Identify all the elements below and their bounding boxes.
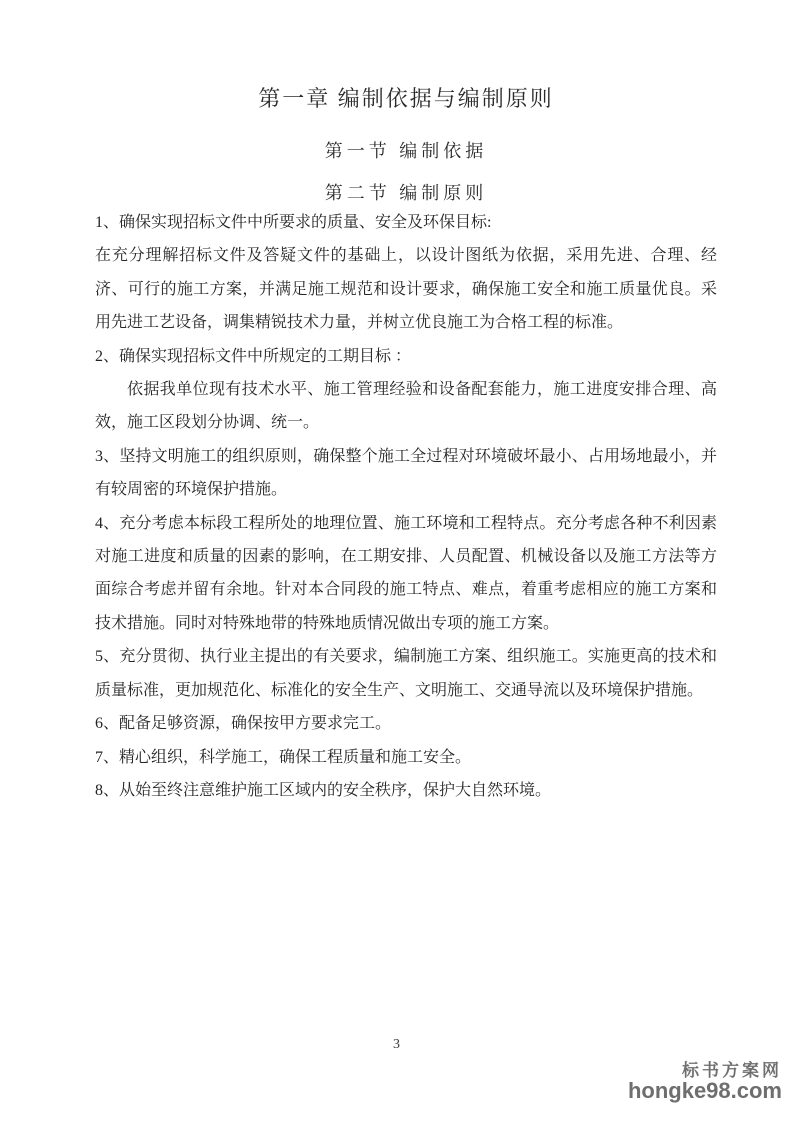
paragraph-2-body: 依据我单位现有技术水平、施工管理经验和设备配套能力，施工进度安排合理、高效，施工… bbox=[95, 373, 717, 440]
document-body: 1、确保实现招标文件中所要求的质量、安全及环保目标: 在充分理解招标文件及答疑文… bbox=[95, 206, 717, 807]
section-title-2: 第二节 编制原则 bbox=[95, 182, 717, 204]
paragraph-3: 3、坚持文明施工的组织原则，确保整个施工全过程对环境破坏最小、占用场地最小，并有… bbox=[95, 440, 717, 507]
paragraph-5: 5、充分贯彻、执行业主提出的有关要求，编制施工方案、组织施工。实施更高的技术和质… bbox=[95, 640, 717, 707]
section-title-1: 第一节 编制依据 bbox=[95, 140, 717, 162]
paragraph-6: 6、配备足够资源，确保按甲方要求完工。 bbox=[95, 707, 717, 740]
paragraph-7: 7、精心组织，科学施工，确保工程质量和施工安全。 bbox=[95, 741, 717, 774]
document-page: 第一章 编制依据与编制原则 第一节 编制依据 第二节 编制原则 1、确保实现招标… bbox=[0, 0, 793, 1122]
paragraph-4: 4、充分考虑本标段工程所处的地理位置、施工环境和工程特点。充分考虑各种不利因素对… bbox=[95, 507, 717, 641]
watermark-site-url: hongke98.com bbox=[628, 1080, 782, 1102]
page-number: 3 bbox=[0, 1036, 793, 1054]
paragraph-1-body: 在充分理解招标文件及答疑文件的基础上，以设计图纸为依据，采用先进、合理、经济、可… bbox=[95, 239, 717, 339]
paragraph-2-heading: 2、确保实现招标文件中所规定的工期目标 ： bbox=[95, 340, 717, 373]
watermark: 标书方案网 hongke98.com bbox=[628, 1061, 782, 1102]
document-content: 第一章 编制依据与编制原则 第一节 编制依据 第二节 编制原则 1、确保实现招标… bbox=[0, 0, 793, 807]
paragraph-8: 8、从始至终注意维护施工区域内的安全秩序，保护大自然环境。 bbox=[95, 774, 717, 807]
chapter-title: 第一章 编制依据与编制原则 bbox=[95, 86, 717, 112]
paragraph-1-heading: 1、确保实现招标文件中所要求的质量、安全及环保目标: bbox=[95, 206, 717, 239]
